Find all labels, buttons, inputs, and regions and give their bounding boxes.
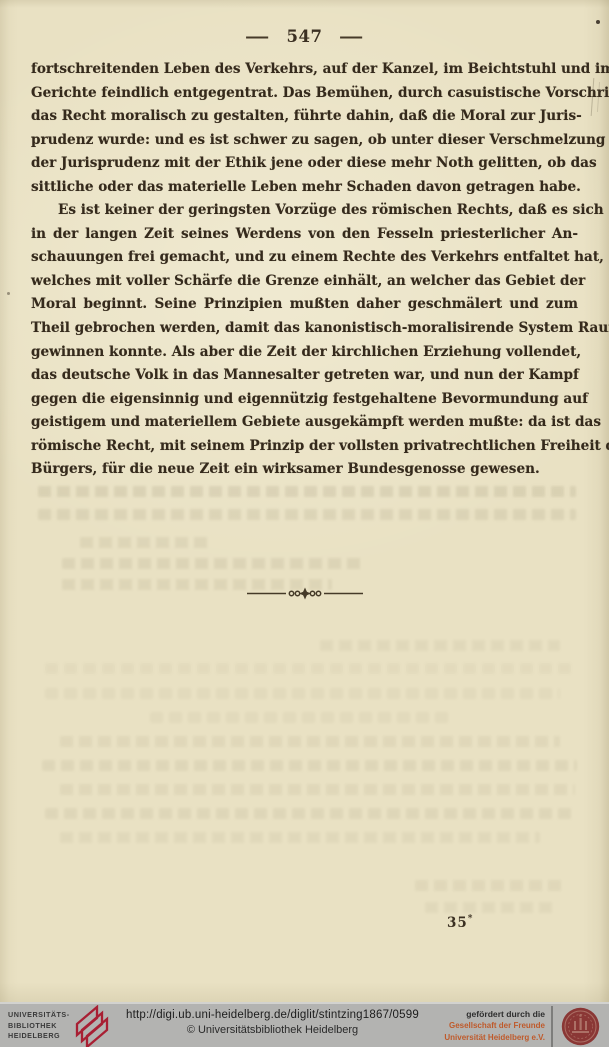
text-line: Theil gebrochen werden, damit das kanoni…: [31, 317, 578, 341]
text-line: in der langen Zeit seines Werdens von de…: [31, 223, 578, 247]
text-line: Es ist keiner der geringsten Vorzüge des…: [31, 199, 578, 223]
library-name: UNIVERSITÄTS- BIBLIOTHEK HEIDELBERG: [8, 1010, 70, 1042]
text-line: sittliche oder das materielle Leben mehr…: [31, 176, 578, 200]
footer-center: http://digi.ub.uni-heidelberg.de/diglit/…: [100, 1009, 445, 1036]
section-divider: [0, 586, 609, 601]
scanned-book-page: — 547 — fortschreitenden Leben des Verke…: [0, 0, 609, 1047]
text-line: Moral beginnt. Seine Prinzipien mußten d…: [31, 293, 578, 317]
text-line: der Jurisprudenz mit der Ethik jene oder…: [31, 152, 578, 176]
text-line: schauungen frei gemacht, und zu einem Re…: [31, 246, 578, 270]
footer-separator: [551, 1006, 553, 1047]
sheet-signature: 35*: [447, 914, 474, 931]
scan-speck: [596, 20, 600, 24]
text-line: Bürgers, für die neue Zeit ein wirksamer…: [31, 458, 578, 482]
library-name-line: UNIVERSITÄTS-: [8, 1010, 70, 1021]
sheet-signature-number: 35: [447, 915, 468, 931]
text-line: fortschreitenden Leben des Verkehrs, auf…: [31, 58, 578, 82]
text-line: das Recht moralisch zu gestalten, führte…: [31, 105, 578, 129]
text-line: prudenz wurde: und es ist schwer zu sage…: [31, 129, 578, 153]
text-line: gegen die eigensinnig und eigennützig fe…: [31, 388, 578, 412]
funding-line: Gesellschaft der Freunde: [444, 1020, 545, 1032]
library-name-line: BIBLIOTHEK: [8, 1021, 70, 1032]
funding-line: gefördert durch die: [444, 1008, 545, 1020]
body-text: fortschreitenden Leben des Verkehrs, auf…: [31, 58, 578, 482]
scan-speck: [7, 292, 10, 295]
funding-credit: gefördert durch die Gesellschaft der Fre…: [444, 1008, 545, 1044]
text-line: gewinnen konnte. Als aber die Zeit der k…: [31, 341, 578, 365]
page-header: — 547 —: [0, 27, 609, 46]
funding-line: Universität Heidelberg e.V.: [444, 1032, 545, 1044]
library-footer-bar: UNIVERSITÄTS- BIBLIOTHEK HEIDELBERG http…: [0, 1002, 609, 1047]
page-number: 547: [287, 27, 323, 46]
text-line: das deutsche Volk in das Mannesalter get…: [31, 364, 578, 388]
header-dash-right: —: [339, 27, 365, 46]
library-name-line: HEIDELBERG: [8, 1031, 70, 1042]
text-line: welches mit voller Schärfe die Grenze ei…: [31, 270, 578, 294]
text-line: römische Recht, mit seinem Prinzip der v…: [31, 435, 578, 459]
divider-ornament-icon: [247, 586, 363, 601]
document-url: http://digi.ub.uni-heidelberg.de/diglit/…: [100, 1009, 445, 1021]
text-line: Gerichte feindlich entgegentrat. Das Bem…: [31, 82, 578, 106]
sheet-signature-asterisk: *: [468, 914, 474, 924]
text-line: geistigem und materiellem Gebiete ausgek…: [31, 411, 578, 435]
header-dash-left: —: [244, 27, 270, 46]
copyright-note: © Universitätsbibliothek Heidelberg: [100, 1024, 445, 1036]
university-seal-icon: [561, 1007, 600, 1047]
